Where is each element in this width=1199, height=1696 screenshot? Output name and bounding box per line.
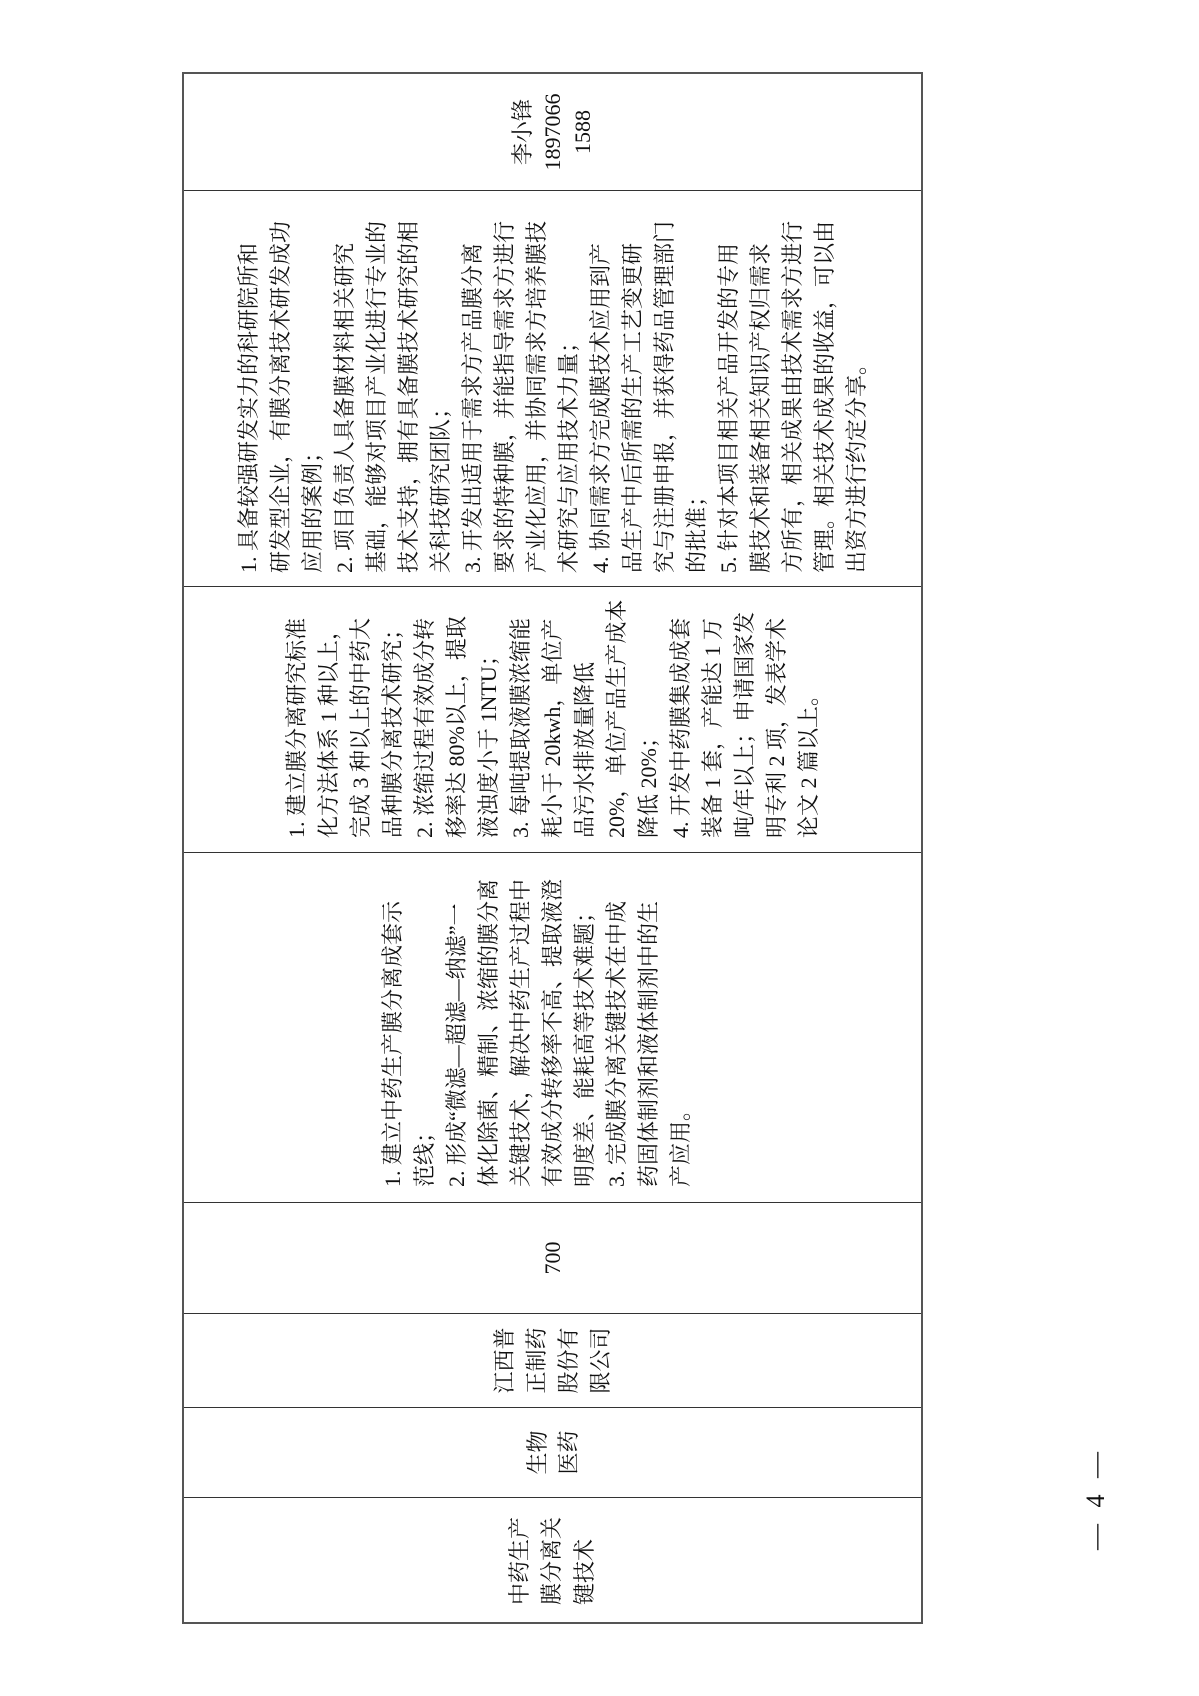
- requirement-item: 2. 项目负责人具备膜材料相关研究 基础，能够对项目产业化进行专业的 技术支持，…: [329, 221, 457, 573]
- contact-phone: 18970661588: [538, 91, 598, 173]
- requirement-item: 4. 协同需求方完成膜技术应用到产 品生产中后所需的生产工艺变更研 究与注册申报…: [585, 221, 713, 573]
- page-number: — 4 —: [1081, 1452, 1111, 1550]
- rotated-document-page: 中药生产膜分离关键技术 生物医药 江西普正制药股份有限公司 700 1. 建立中…: [0, 0, 1199, 1696]
- requirement-item: 5. 针对本项目相关产品开发的专用 膜技术和装备相关知识产权归需求 方所有，相关…: [713, 221, 873, 573]
- indicators-cell: 1. 建立膜分离研究标准 化方法体系 1 种以上， 完成 3 种以上的中药大 品…: [184, 586, 921, 852]
- requirement-item: 3. 开发出适用于需求方产品膜分离 要求的特种膜，并能指导需求方进行 产业化应用…: [457, 221, 585, 573]
- contact-cell: 李小锋 18970661588: [184, 74, 921, 190]
- requirements-table: 中药生产膜分离关键技术 生物医药 江西普正制药股份有限公司 700 1. 建立中…: [182, 72, 923, 1624]
- company-cell: 江西普正制药股份有限公司: [184, 1313, 921, 1407]
- company-name: 江西普正制药股份有限公司: [489, 1327, 617, 1394]
- field-label: 生物医药: [522, 1430, 584, 1475]
- goal-item: 1. 建立中药生产膜分离成套示 范线；: [377, 901, 441, 1187]
- goals-cell: 1. 建立中药生产膜分离成套示 范线； 2. 形成“微滤—超滤—纳滤”一 体化除…: [184, 852, 921, 1202]
- indicator-item: 1. 建立膜分离研究标准 化方法体系 1 种以上， 完成 3 种以上的中药大 品…: [281, 618, 409, 838]
- amount-cell: 700: [184, 1202, 921, 1313]
- requirements-cell: 1. 具备较强研发实力的科研院所和 研发型企业，有膜分离技术研发成功 应用的案例…: [184, 190, 921, 586]
- goal-item: 3. 完成膜分离关键技术在中成 药固体制剂和液体制剂中的生 产应用。: [601, 901, 697, 1187]
- project-name-cell: 中药生产膜分离关键技术: [184, 1497, 921, 1622]
- indicator-item: 2. 浓缩过程有效成分转 移率达 80%以上，提取 液浊度小于 1NTU；: [409, 616, 505, 838]
- requirement-item: 1. 具备较强研发实力的科研院所和 研发型企业，有膜分离技术研发成功 应用的案例…: [233, 221, 329, 573]
- goal-item: 2. 形成“微滤—超滤—纳滤”一 体化除菌、精制、浓缩的膜分离 关键技术，解决中…: [441, 879, 601, 1187]
- amount-value: 700: [537, 1242, 569, 1275]
- indicator-item: 4. 开发中药膜集成成套 装备 1 套，产能达 1 万 吨/年以上；申请国家发 …: [665, 612, 825, 838]
- indicator-item: 3. 每吨提取液膜浓缩能 耗小于 20kwh，单位产 品污水排放量降低 20%，…: [505, 600, 665, 838]
- contact-name: 李小锋: [508, 99, 538, 165]
- project-name: 中药生产膜分离关键技术: [504, 1516, 602, 1605]
- field-cell: 生物医药: [184, 1407, 921, 1497]
